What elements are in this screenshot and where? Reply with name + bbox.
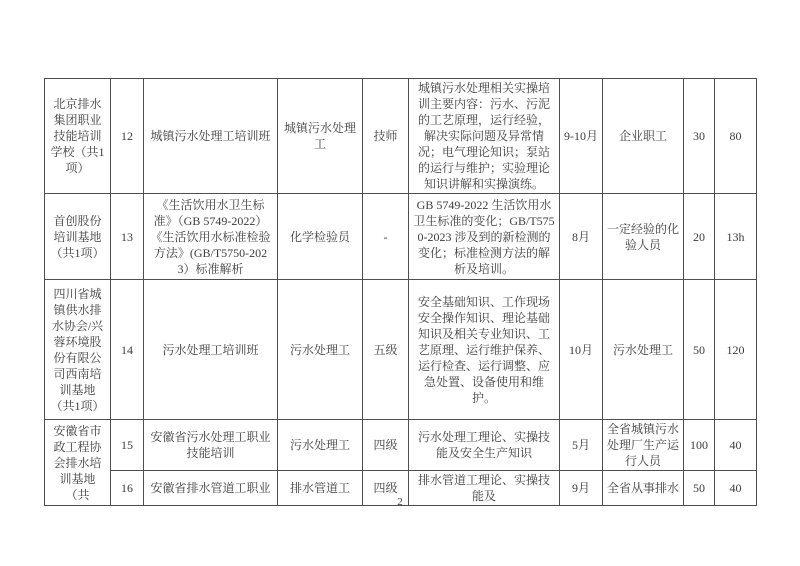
- table-row: 四川省城镇供水排水协会/兴蓉环境股份有限公司西南培训基地（共1项） 14 污水处…: [45, 280, 757, 420]
- cell-course-name: 《生活饮用水卫生标准》（GB 5749-2022）《生活饮用水标准检验方法》(G…: [144, 194, 278, 280]
- cell-audience: 全省城镇污水处理厂生产运行人员: [603, 420, 684, 471]
- cell-organization: 安徽省市政工程协会排水培训基地（共: [45, 420, 111, 506]
- cell-organization: 四川省城镇供水排水协会/兴蓉环境股份有限公司西南培训基地（共1项）: [45, 280, 111, 420]
- cell-course-name: 污水处理工培训班: [144, 280, 278, 420]
- cell-occupation: 污水处理工: [278, 420, 363, 471]
- cell-organization: 首创股份培训基地（共1项）: [45, 194, 111, 280]
- cell-headcount: 30: [684, 79, 715, 194]
- cell-audience: 污水处理工: [603, 280, 684, 420]
- cell-level: -: [363, 194, 409, 280]
- cell-audience: 一定经验的化验人员: [603, 194, 684, 280]
- cell-headcount: 50: [684, 280, 715, 420]
- cell-level: 四级: [363, 420, 409, 471]
- cell-training-content: 污水处理工理论、实操技能及安全生产知识: [409, 420, 560, 471]
- cell-level: 技师: [363, 79, 409, 194]
- cell-course-name: 城镇污水处理工培训班: [144, 79, 278, 194]
- cell-occupation: 城镇污水处理工: [278, 79, 363, 194]
- cell-index: 15: [111, 420, 144, 471]
- cell-training-content: 安全基础知识、工作现场安全操作知识、理论基础知识及相关专业知识、工艺原理、运行维…: [409, 280, 560, 420]
- cell-course-name: 安徽省污水处理工职业技能培训: [144, 420, 278, 471]
- cell-hours: 80: [715, 79, 757, 194]
- table-row: 首创股份培训基地（共1项） 13 《生活饮用水卫生标准》（GB 5749-202…: [45, 194, 757, 280]
- cell-headcount: 100: [684, 420, 715, 471]
- cell-month: 9-10月: [560, 79, 603, 194]
- table-row: 北京排水集团职业技能培训学校（共1项） 12 城镇污水处理工培训班 城镇污水处理…: [45, 79, 757, 194]
- training-plan-table: 北京排水集团职业技能培训学校（共1项） 12 城镇污水处理工培训班 城镇污水处理…: [44, 78, 757, 506]
- cell-index: 12: [111, 79, 144, 194]
- page-number: 2: [0, 496, 800, 508]
- cell-occupation: 化学检验员: [278, 194, 363, 280]
- cell-training-content: 城镇污水处理相关实操培训主要内容：污水、污泥的工艺原理，运行经验，解决实际问题及…: [409, 79, 560, 194]
- table-row: 安徽省市政工程协会排水培训基地（共 15 安徽省污水处理工职业技能培训 污水处理…: [45, 420, 757, 471]
- cell-month: 8月: [560, 194, 603, 280]
- cell-audience: 企业职工: [603, 79, 684, 194]
- cell-occupation: 污水处理工: [278, 280, 363, 420]
- document-page: 北京排水集团职业技能培训学校（共1项） 12 城镇污水处理工培训班 城镇污水处理…: [0, 0, 800, 566]
- cell-hours: 40: [715, 420, 757, 471]
- cell-headcount: 20: [684, 194, 715, 280]
- cell-index: 14: [111, 280, 144, 420]
- cell-hours: 120: [715, 280, 757, 420]
- cell-level: 五级: [363, 280, 409, 420]
- cell-hours: 13h: [715, 194, 757, 280]
- cell-organization: 北京排水集团职业技能培训学校（共1项）: [45, 79, 111, 194]
- cell-month: 10月: [560, 280, 603, 420]
- cell-index: 13: [111, 194, 144, 280]
- cell-month: 5月: [560, 420, 603, 471]
- cell-training-content: GB 5749-2022 生活饮用水卫生标准的变化；GB/T5750-2023 …: [409, 194, 560, 280]
